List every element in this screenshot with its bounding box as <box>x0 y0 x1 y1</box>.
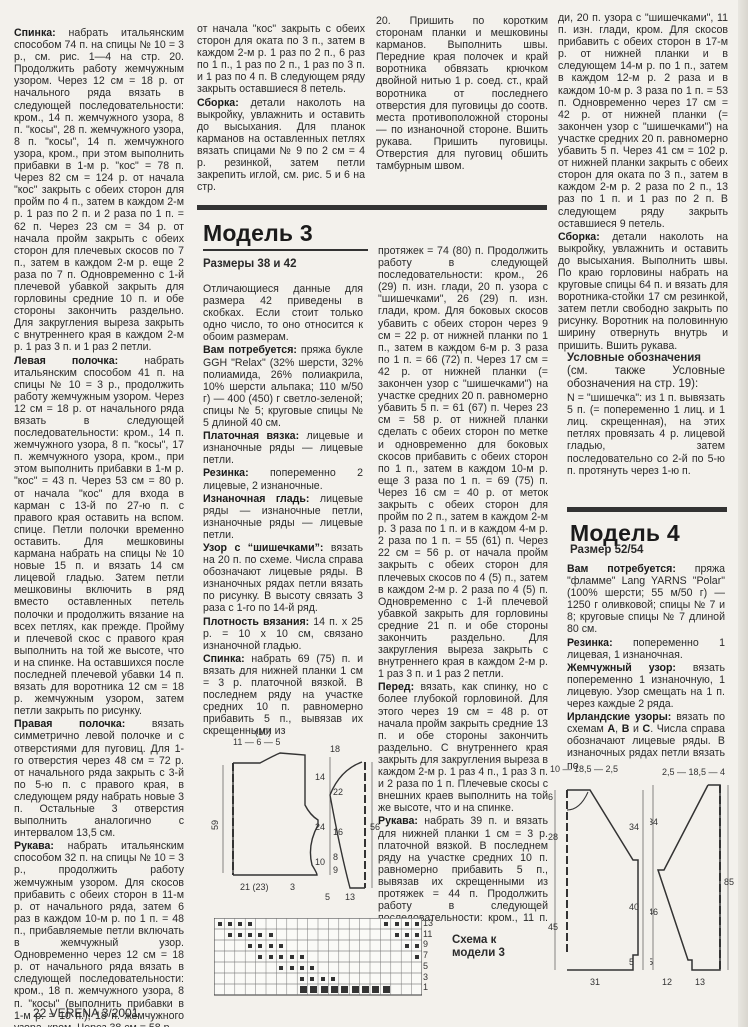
model-4-front-schematic: 10 — 18,5 — 2,5 6 28 45 34 40 5 31 <box>545 760 645 990</box>
model-4-title: Модель 4 <box>570 520 680 547</box>
dim-label: (10) <box>255 727 271 737</box>
legend-title: Условные обозначения <box>567 352 725 364</box>
dim-label: 14 <box>315 772 325 782</box>
column-3-top: 20. Пришить по коротким сторонам планки … <box>376 15 548 173</box>
dim-label: 85 <box>724 877 734 887</box>
dim-label: 13 <box>695 977 705 987</box>
row-number: 11 <box>423 929 433 940</box>
text-finishing: 20. Пришить по коротким сторонам планки … <box>376 15 548 172</box>
dim-label: 31 <box>590 977 600 987</box>
text-assembly: детали наколоть на выкройку, увлажнить и… <box>197 97 365 194</box>
dim-label: 10 <box>315 857 325 867</box>
legend-block: Условные обозначения (см. также Условные… <box>567 352 725 478</box>
dim-label: 18 <box>330 744 340 754</box>
text-sleeve-continued: ди, 20 п. узора с "шишечками", 11 п. изн… <box>558 12 728 230</box>
row-number: 5 <box>423 961 433 972</box>
row-number: 1 <box>423 982 433 993</box>
row-number: 13 <box>423 918 433 929</box>
paragraph-assembly-m3: Сборка: детали наколоть на выкройку, увл… <box>558 231 728 352</box>
heading-materials-m4: Вам потребуется: <box>567 563 676 575</box>
dim-label: 5 <box>629 957 634 967</box>
model-4-title-text: Модель 4 <box>570 520 680 546</box>
model-3-column-4: ди, 20 п. узора с "шишечками", 11 п. изн… <box>558 12 728 353</box>
dim-label: 45 <box>548 922 558 932</box>
section-divider <box>197 205 547 210</box>
dim-label: 2,5 — 18,5 — 4 <box>662 767 725 777</box>
legend-text: N = "шишечка": из 1 п. вывязать 5 п. (= … <box>567 392 725 477</box>
heading-rib-m4: Резинка: <box>567 637 613 649</box>
paragraph-rib: Резинка: попеременно 2 лицевые, 2 изнано… <box>203 467 363 491</box>
row-number: 7 <box>423 950 433 961</box>
heading-back-m3: Спинка: <box>203 653 245 665</box>
model-3-sizes: Размеры 38 и 42 <box>203 258 296 270</box>
text-materials: пряжа букле GGH "Relax" (32% шерсти, 32%… <box>203 344 363 429</box>
heading-assembly-m3: Сборка: <box>558 231 600 243</box>
heading-rib: Резинка: <box>203 467 249 479</box>
heading-right-front: Правая полочка: <box>14 718 125 730</box>
paragraph-garter: Платочная вязка: лицевые и изнаночные ря… <box>203 430 363 466</box>
dim-label: 12 <box>662 977 672 987</box>
paragraph-right-front: Правая полочка: вязать симметрично левой… <box>14 718 184 839</box>
chart-row-numbers: 13 11 9 7 5 3 1 <box>423 918 433 993</box>
paragraph-sleeves: Рукава: набрать итальянским способом 32 … <box>14 840 184 1027</box>
paragraph-gauge: Плотность вязания: 14 п. х 25 р. = 10 х … <box>203 616 363 652</box>
heading-back: Спинка: <box>14 27 56 39</box>
paragraph-rib-m4: Резинка: попеременно 1 лицевая, 1 изнано… <box>567 637 725 661</box>
chart-caption-line-2: модели 3 <box>452 947 505 960</box>
text-back-continued: протяжек = 74 (80) п. Продолжить работу … <box>378 245 548 680</box>
bobble-pattern-chart <box>214 918 422 996</box>
dim-label: 46 <box>650 907 658 917</box>
section-divider-model4 <box>567 507 727 512</box>
paragraph-left-front: Левая полочка: набрать итальянским спосо… <box>14 355 184 718</box>
column-2-top: от начала "кос" закрыть с обеих сторон д… <box>197 23 365 194</box>
legend-subtitle: (см. также Условные обозначения на стр. … <box>567 365 725 391</box>
row-number: 3 <box>423 972 433 983</box>
text-sleeves: набрать итальянским способом 32 п. на сп… <box>14 840 184 1027</box>
model-4-sleeve-schematic: 2,5 — 18,5 — 4 85 34 46 5 12 13 <box>650 765 740 990</box>
dim-label: 5 <box>325 892 330 900</box>
chart-caption: Схема к модели 3 <box>452 934 505 960</box>
text-sleeve-cap: от начала "кос" закрыть с обеих сторон д… <box>197 23 365 96</box>
heading-reverse: Изнаночная гладь: <box>203 493 309 505</box>
heading-sleeve-m3: Рукава: <box>378 815 418 827</box>
heading-irish-m4: Ирландские узоры: <box>567 711 671 723</box>
dim-label: 24 <box>315 822 325 832</box>
column-1: Спинка: набрать итальянским способом 74 … <box>14 27 184 1027</box>
sep: , <box>615 723 622 735</box>
heading-materials: Вам потребуется: <box>203 344 297 356</box>
dim-label: 11 — 6 — 5 <box>233 737 280 747</box>
model-4-column: Вам потребуется: пряжа "фламме" Lang YAR… <box>567 563 725 773</box>
paragraph-front-m3: Перед: вязать, как спинку, но с более гл… <box>378 681 548 814</box>
paragraph-pearl-m4: Жемчужный узор: вязать попеременно 1 изн… <box>567 662 725 710</box>
row-number: 9 <box>423 939 433 950</box>
page-footer: 22 VERENA 3/2001 <box>33 1006 138 1020</box>
chart-caption-line-1: Схема к <box>452 934 505 947</box>
model-4-sizes: Размер 52/54 <box>570 544 643 556</box>
heading-sleeves: Рукава: <box>14 840 54 852</box>
paragraph-bobble: Узор с “шишечками”: вязать на 20 п. по с… <box>203 542 363 615</box>
model-3-column-2: Отличающиеся данные для размера 42 приве… <box>203 283 363 738</box>
model-3-column-3: протяжек = 74 (80) п. Продолжить работу … <box>378 245 548 937</box>
dim-label: 13 <box>345 892 355 900</box>
heading-garter: Платочная вязка: <box>203 430 299 442</box>
dim-label: 6 <box>548 792 553 802</box>
model-3-sleeve-schematic: 18 56 14 24 10 5 13 <box>310 740 380 900</box>
model-3-title: Модель 3 <box>203 220 368 251</box>
text-left-front: набрать итальянским способом 41 п. на сп… <box>14 355 184 718</box>
text-assembly-m3: детали наколоть на выкройку, увлажнить и… <box>558 231 728 352</box>
dim-label: 3 <box>290 882 295 892</box>
dim-label: 28 <box>548 832 558 842</box>
sep: и <box>629 723 642 735</box>
dim-label: 5 <box>650 957 653 967</box>
text-intro: Отличающиеся данные для размера 42 приве… <box>203 283 363 343</box>
dim-label: 34 <box>629 822 639 832</box>
heading-pearl-m4: Жемчужный узор: <box>567 662 676 674</box>
paragraph-assembly: Сборка: детали наколоть на выкройку, увл… <box>197 97 365 194</box>
text-back: набрать итальянским способом 74 п. на сп… <box>14 27 184 353</box>
heading-front-m3: Перед: <box>378 681 414 693</box>
title-underline <box>203 249 368 251</box>
dim-label: 10 — 18,5 — 2,5 <box>550 764 618 774</box>
paragraph-back: Спинка: набрать итальянским способом 74 … <box>14 27 184 354</box>
heading-assembly: Сборка: <box>197 97 239 109</box>
heading-gauge: Плотность вязания: <box>203 616 309 628</box>
paragraph-materials: Вам потребуется: пряжа букле GGH "Relax"… <box>203 344 363 429</box>
model-3-title-text: Модель 3 <box>203 220 313 246</box>
paragraph-materials-m4: Вам потребуется: пряжа "фламме" Lang YAR… <box>567 563 725 636</box>
dim-label: 59 <box>210 820 220 830</box>
paragraph-reverse: Изнаночная гладь: лицевые ряды — изнаноч… <box>203 493 363 541</box>
dim-label: 34 <box>650 817 658 827</box>
dim-label: 40 <box>629 902 639 912</box>
scheme-a: А <box>607 723 615 735</box>
text-front-m3: вязать, как спинку, но с более глубокой … <box>378 681 548 814</box>
dim-label: 56 <box>370 822 380 832</box>
heading-left-front: Левая полочка: <box>14 355 118 367</box>
heading-bobble: Узор с “шишечками”: <box>203 542 323 554</box>
dim-label: 21 (23) <box>240 882 269 892</box>
text-right-front: вязать симметрично левой полочке и с отв… <box>14 718 184 839</box>
